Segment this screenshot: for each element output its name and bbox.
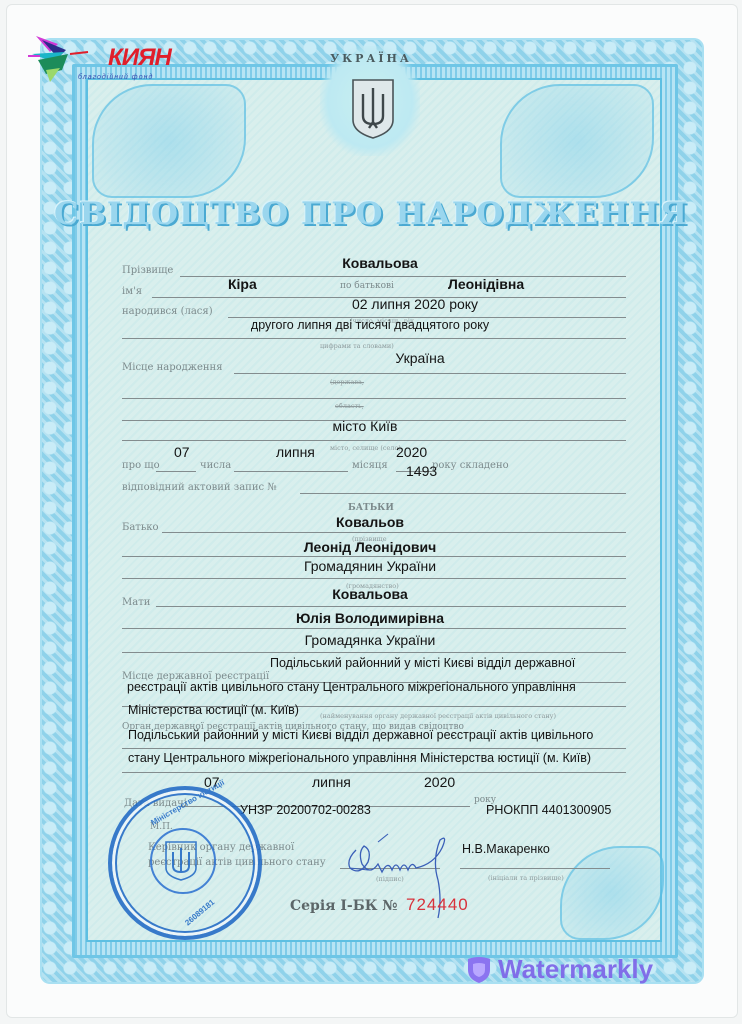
label-father: Батько (122, 522, 159, 533)
child-name: Кіра (228, 276, 257, 292)
shield-icon (466, 956, 492, 984)
rule (122, 440, 626, 441)
serial-number: 724440 (406, 895, 469, 915)
label-birthplace: Місце народження (122, 362, 223, 373)
rule (122, 772, 626, 773)
brand-subtitle: благодійний фонд (78, 74, 153, 81)
corner-ornament-top-left (92, 84, 246, 198)
trident-stamp-icon (164, 840, 198, 882)
label-about-that: про що (122, 460, 160, 471)
country-heading: УКРАЇНА (0, 52, 742, 65)
record-month: липня (276, 444, 315, 460)
label-day: числа (200, 460, 231, 471)
trident-coat-of-arms-icon (351, 78, 395, 140)
registration-place-line3: Міністерства юстиції (м. Київ) (128, 703, 299, 717)
rule (122, 338, 626, 339)
stamp-code: 26089181 (183, 898, 216, 928)
watermark-text: Watermarkly (498, 954, 653, 985)
label-mother: Мати (122, 597, 150, 608)
father-citizenship: Громадянин України (260, 558, 480, 574)
issuer-line1: Подільський районний у місті Києві відді… (128, 728, 593, 742)
father-surname: Ковальов (290, 514, 450, 530)
registration-place-line1: Подільський районний у місті Києві відді… (270, 656, 575, 670)
official-stamp: Міністерство юстиції 26089181 (108, 786, 262, 940)
birth-city: місто Київ (310, 418, 420, 434)
rule (122, 398, 626, 399)
rule (156, 471, 196, 472)
birth-country: Україна (360, 350, 480, 366)
parents-heading: БАТЬКИ (348, 503, 394, 513)
rule (122, 748, 626, 749)
rule (162, 532, 626, 533)
rule (460, 868, 610, 869)
rnokpp: РНОКПП 4401300905 (486, 803, 611, 817)
label-patronymic: по батькові (340, 281, 394, 291)
record-number: 1493 (406, 463, 437, 479)
document-title: СВІДОЦТВО ПРО НАРОДЖЕННЯ (0, 196, 742, 232)
mother-surname: Ковальова (290, 586, 450, 602)
hint-date-2: цифрами та словами) (320, 342, 394, 350)
official-name: Н.В.Макаренко (462, 842, 550, 856)
label-year-composed: року складено (432, 460, 509, 471)
hint-country: (держава, (330, 378, 364, 386)
birth-date-digits: 02 липня 2020 року (300, 296, 530, 312)
registration-place-line2: реєстрації актів цивільного стану Центра… (127, 680, 576, 694)
hint-initials: (ініціали та прізвище) (488, 874, 564, 882)
rule (156, 606, 626, 607)
mother-name: Юлія Володимирівна (250, 610, 490, 626)
watermark: Watermarkly (466, 954, 653, 985)
series-label: Серія І-БК № (290, 898, 398, 914)
rule (122, 578, 626, 579)
unzr: УНЗР 20200702-00283 (240, 803, 371, 817)
rule (234, 471, 348, 472)
birth-date-words: другого липня дві тисячі двадцятого року (220, 318, 520, 332)
rule (122, 652, 626, 653)
mother-citizenship: Громадянка України (260, 632, 480, 648)
label-month: місяця (352, 460, 388, 471)
rule (122, 556, 626, 557)
issuer-line2: стану Центрального міжрегіонального упра… (128, 751, 591, 765)
hint-city: місто, селище (село) (330, 444, 401, 452)
rule (234, 373, 626, 374)
label-act-record: відповідний актовий запис № (122, 482, 277, 493)
record-year: 2020 (396, 444, 427, 460)
rule (300, 493, 626, 494)
label-born: народився (лася) (122, 306, 213, 317)
issue-month: липня (312, 774, 351, 790)
rule (122, 628, 626, 629)
corner-ornament-top-right (500, 84, 654, 198)
record-day: 07 (174, 444, 190, 460)
hint-registration: (найменування органу державної реєстраці… (320, 712, 556, 720)
hint-region: область, (335, 402, 364, 410)
label-surname: Прізвище (122, 265, 173, 276)
label-name: ім'я (122, 286, 142, 297)
child-patronymic: Леонідівна (448, 276, 524, 292)
issue-year: 2020 (424, 774, 455, 790)
child-surname: Ковальова (300, 255, 460, 271)
father-name: Леонід Леонідович (260, 539, 480, 555)
